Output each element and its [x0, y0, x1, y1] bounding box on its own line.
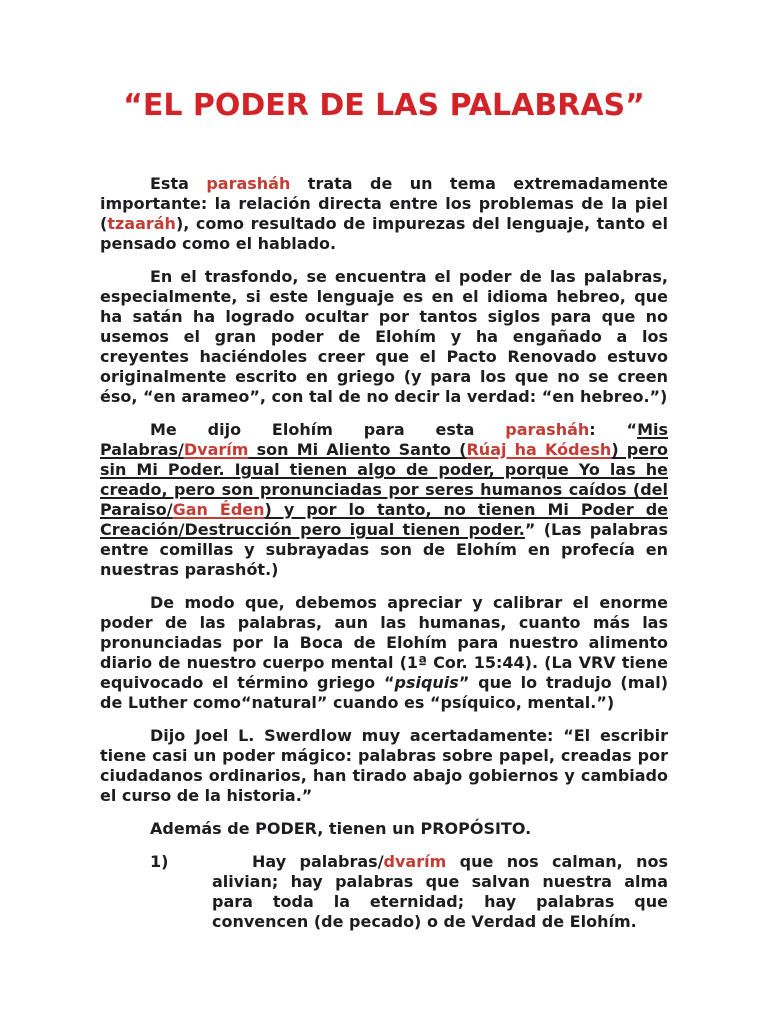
text-segment: Hay palabras/ — [252, 852, 384, 871]
paragraph: Además de PODER, tienen un PROPÓSITO. — [100, 819, 668, 839]
text-segment: En el trasfondo, se encuentra el poder d… — [100, 267, 668, 406]
document-page: “EL PODER DE LAS PALABRAS” Esta parasháh… — [0, 0, 768, 1024]
text-segment: Además de PODER, tienen un PROPÓSITO. — [150, 819, 531, 838]
text-segment: Dijo Joel L. Swerdlow muy acertadamente:… — [100, 726, 668, 805]
paragraph: Dijo Joel L. Swerdlow muy acertadamente:… — [100, 726, 668, 806]
paragraph: Hay palabras/dvarím que nos calman, nos … — [212, 852, 668, 932]
paragraph: Me dijo Elohím para esta parasháh: “Mis … — [100, 420, 668, 580]
hebrew-term: parasháh — [505, 420, 589, 439]
list-item: 1)Hay palabras/dvarím que nos calman, no… — [100, 852, 668, 932]
hebrew-term: Dvarím — [184, 440, 249, 459]
paragraph: De modo que, debemos apreciar y calibrar… — [100, 593, 668, 713]
text-segment: son Mi Aliento Santo ( — [248, 440, 466, 459]
document-body: Esta parasháh trata de un tema extremada… — [100, 174, 668, 932]
text-segment: : “ — [589, 420, 637, 439]
paragraph: Esta parasháh trata de un tema extremada… — [100, 174, 668, 254]
hebrew-term: dvarím — [384, 852, 447, 871]
hebrew-term: Rúaj ha Kódesh — [466, 440, 611, 459]
list-marker: 1) — [150, 852, 212, 932]
hebrew-term: parasháh — [206, 174, 290, 193]
text-segment: psiquis — [395, 673, 459, 692]
text-segment: V — [471, 912, 483, 931]
text-segment: VRV — [579, 653, 616, 672]
paragraph: En el trasfondo, se encuentra el poder d… — [100, 267, 668, 407]
text-segment: Me dijo Elohím para esta — [150, 420, 505, 439]
text-segment: erdad de Elohím. — [484, 912, 637, 931]
document-title: “EL PODER DE LAS PALABRAS” — [0, 88, 768, 124]
text-segment: Esta — [150, 174, 206, 193]
text-segment: ), como resultado de impurezas del lengu… — [100, 214, 668, 253]
hebrew-term: tzaaráh — [107, 214, 176, 233]
hebrew-term: Gan Éden — [173, 500, 265, 519]
